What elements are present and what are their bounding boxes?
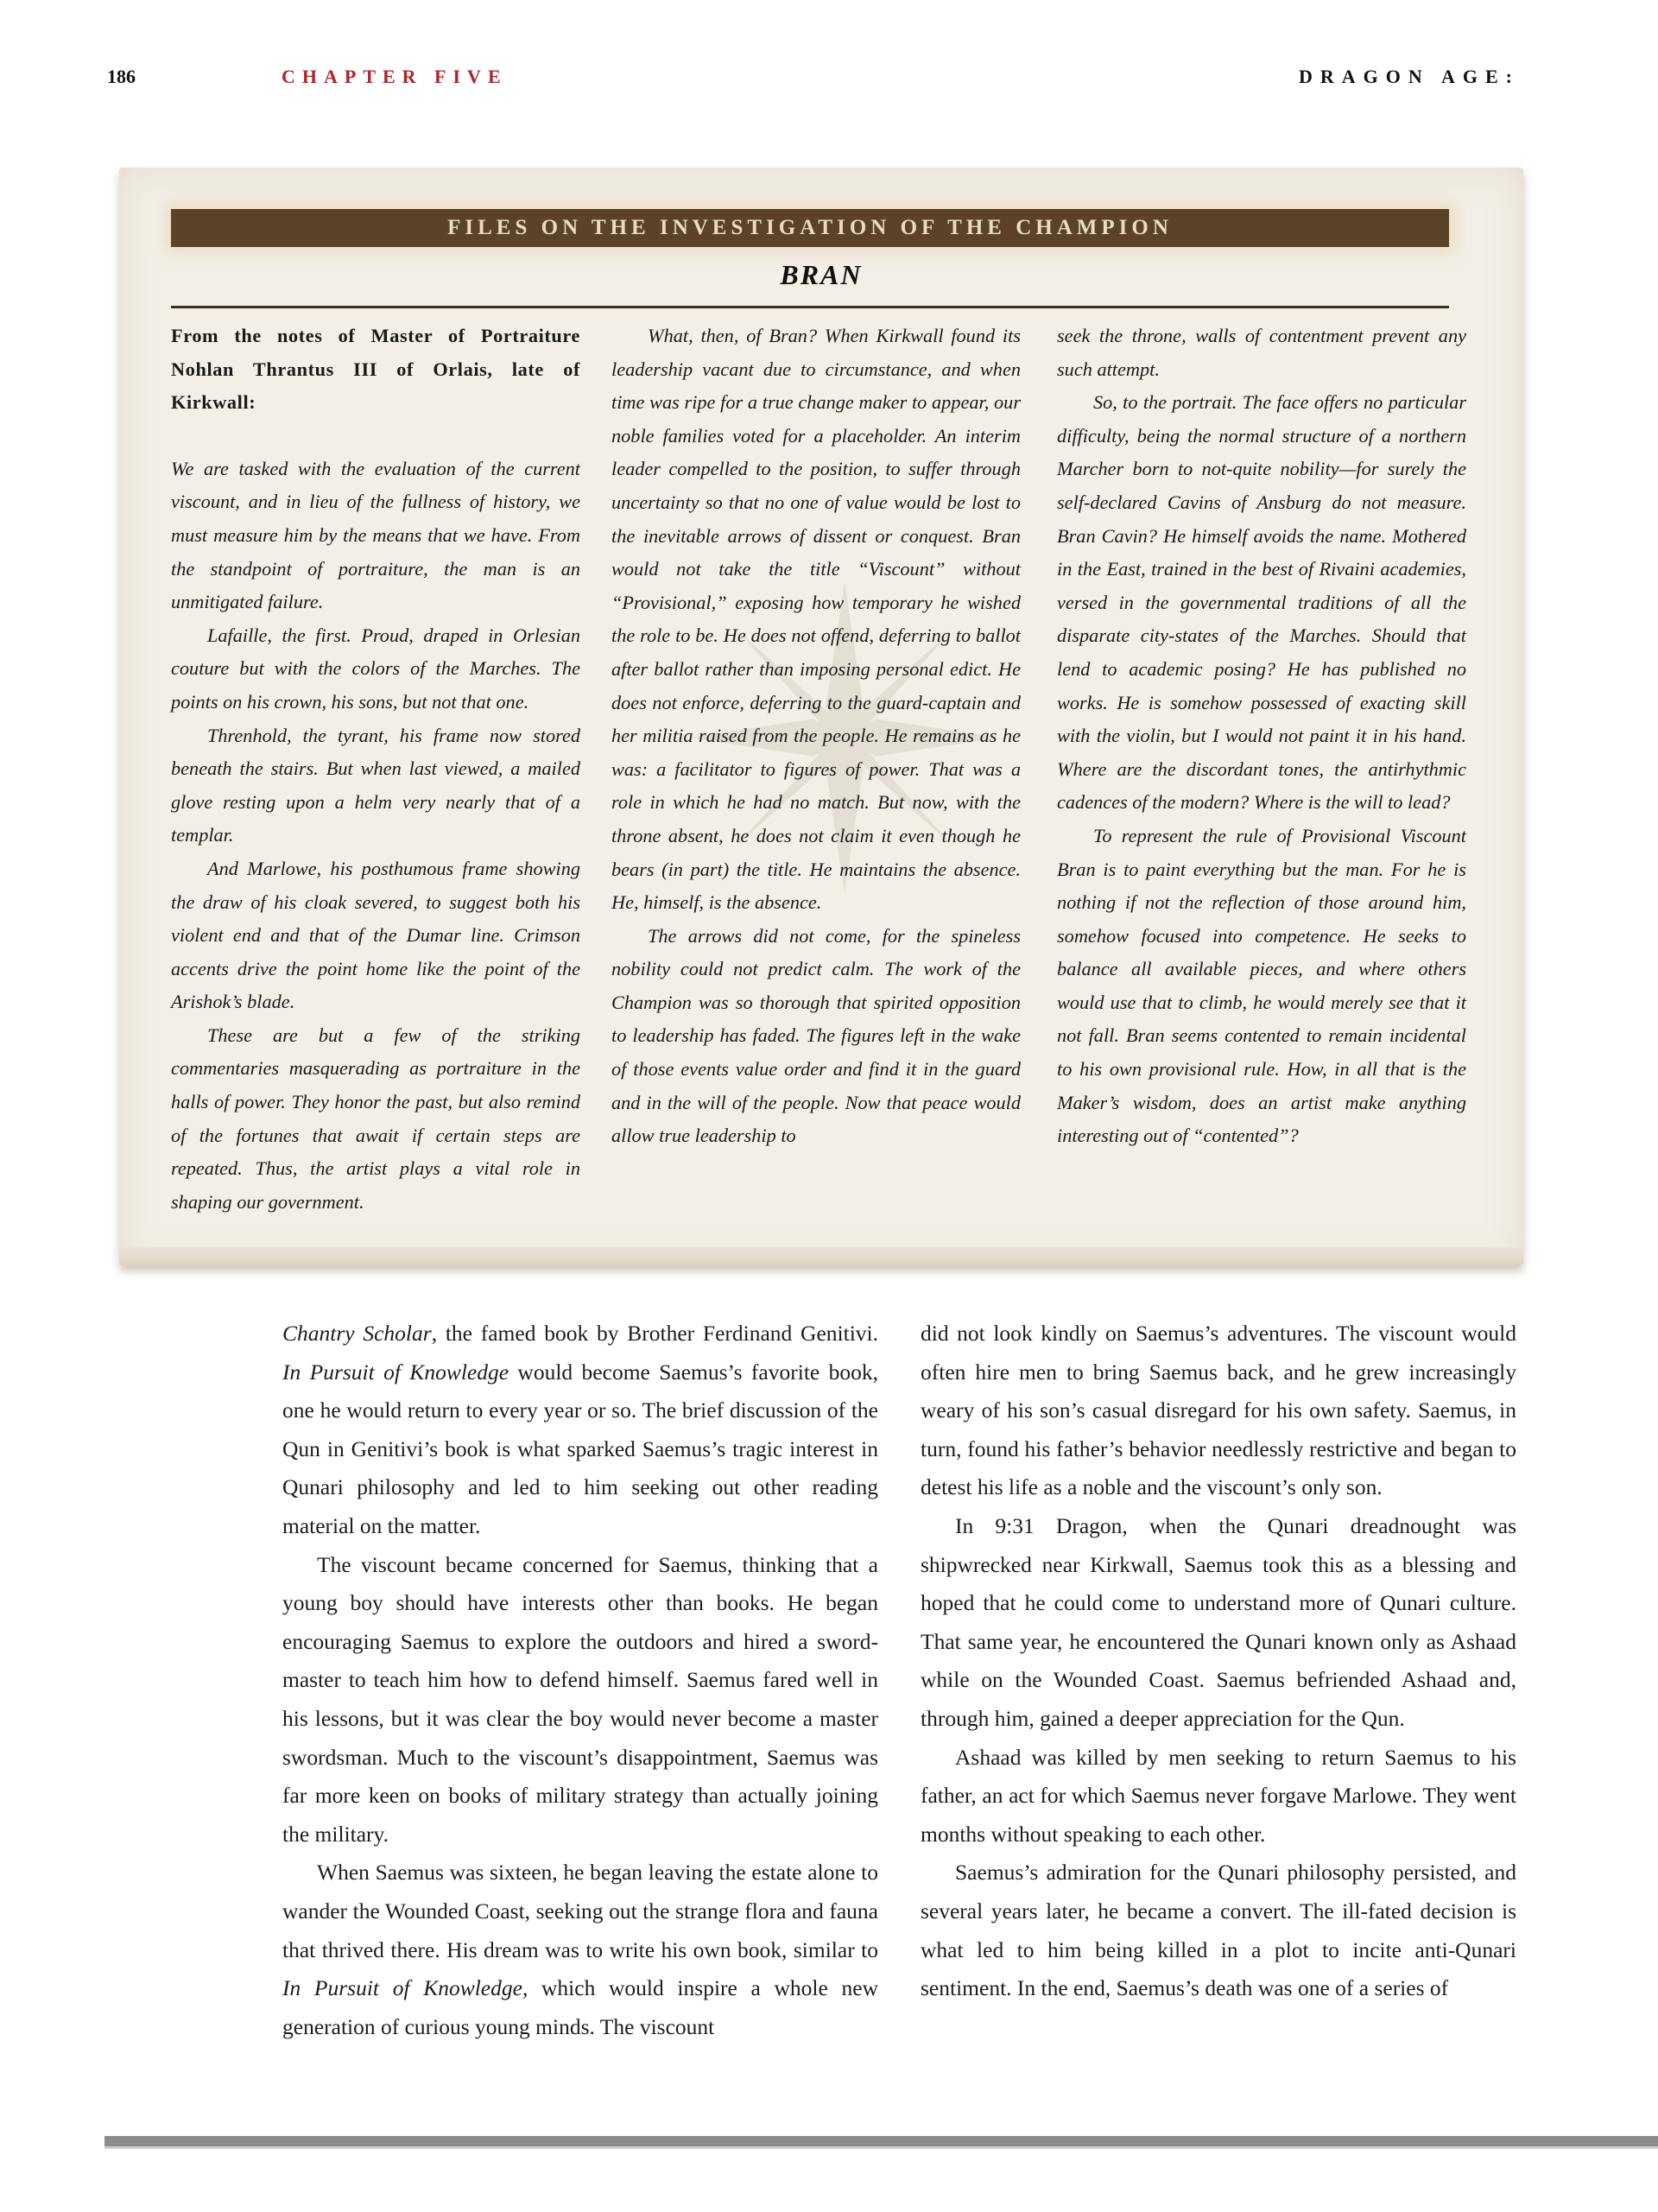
sidebar-column-3: seek the throne, walls of contentment pr… [1057, 320, 1466, 1153]
sidebar-paragraph: Lafaille, the first. Proud, draped in Or… [171, 619, 580, 719]
sidebar-paragraph: What, then, of Bran? When Kirkwall found… [611, 320, 1021, 920]
sidebar-paragraph: And Marlowe, his posthumous frame showin… [171, 852, 580, 1019]
body-paragraph: Saemus’s admiration for the Qunari philo… [921, 1854, 1516, 2007]
sidebar-title: BRAN [119, 259, 1523, 291]
sidebar-lead: From the notes of Master of Portraiture … [171, 320, 580, 420]
page-number: 186 [107, 66, 136, 88]
sidebar-paragraph: These are but a few of the striking comm… [171, 1019, 580, 1220]
body-paragraph: Ashaad was killed by men seeking to retu… [921, 1739, 1516, 1854]
sidebar-paragraph: We are tasked with the evaluation of the… [171, 453, 580, 619]
book-title: DRAGON AGE: [1299, 66, 1520, 88]
body-paragraph: did not look kindly on Saemus’s adventur… [921, 1315, 1516, 1507]
book-title-italic: In Pursuit of Knowledge, [282, 1975, 528, 2000]
book-title-italic: Chantry Scholar [282, 1321, 432, 1346]
body-text: would become Saemus’s favorite book, one… [282, 1360, 878, 1538]
body-paragraph: Chantry Scholar, the famed book by Broth… [282, 1315, 878, 1546]
sidebar-banner: FILES ON THE INVESTIGATION OF THE CHAMPI… [171, 209, 1449, 247]
sidebar-paragraph: So, to the portrait. The face offers no … [1057, 386, 1466, 820]
sidebar-parchment-box: FILES ON THE INVESTIGATION OF THE CHAMPI… [119, 168, 1523, 1266]
body-paragraph: In 9:31 Dragon, when the Qunari dreadnou… [921, 1507, 1516, 1739]
title-rule [171, 306, 1449, 308]
running-head: 186 CHAPTER FIVE DRAGON AGE: [0, 62, 1658, 93]
body-text: When Saemus was sixteen, he began leavin… [282, 1860, 878, 1962]
body-column-left: Chantry Scholar, the famed book by Broth… [282, 1315, 878, 2046]
sidebar-paragraph: seek the throne, walls of contentment pr… [1057, 320, 1466, 386]
body-column-right: did not look kindly on Saemus’s adventur… [921, 1315, 1516, 2008]
banner-text: FILES ON THE INVESTIGATION OF THE CHAMPI… [447, 216, 1173, 240]
chapter-heading: CHAPTER FIVE [282, 66, 508, 88]
body-paragraph: The viscount became concerned for Saemus… [282, 1546, 878, 1854]
body-text: , the famed book by Brother Ferdinand Ge… [432, 1321, 878, 1346]
sidebar-column-2: What, then, of Bran? When Kirkwall found… [611, 320, 1021, 1153]
sidebar-paragraph: To represent the rule of Provisional Vis… [1057, 820, 1466, 1153]
book-title-italic: In Pursuit of Knowledge [282, 1360, 509, 1385]
footer-decorative-bar [104, 2136, 1658, 2146]
sidebar-paragraph: The arrows did not come, for the spinele… [611, 920, 1021, 1153]
body-paragraph: When Saemus was sixteen, he began leavin… [282, 1854, 878, 2046]
sidebar-column-1: From the notes of Master of Portraiture … [171, 320, 580, 1219]
sidebar-paragraph: Threnhold, the tyrant, his frame now sto… [171, 719, 580, 852]
